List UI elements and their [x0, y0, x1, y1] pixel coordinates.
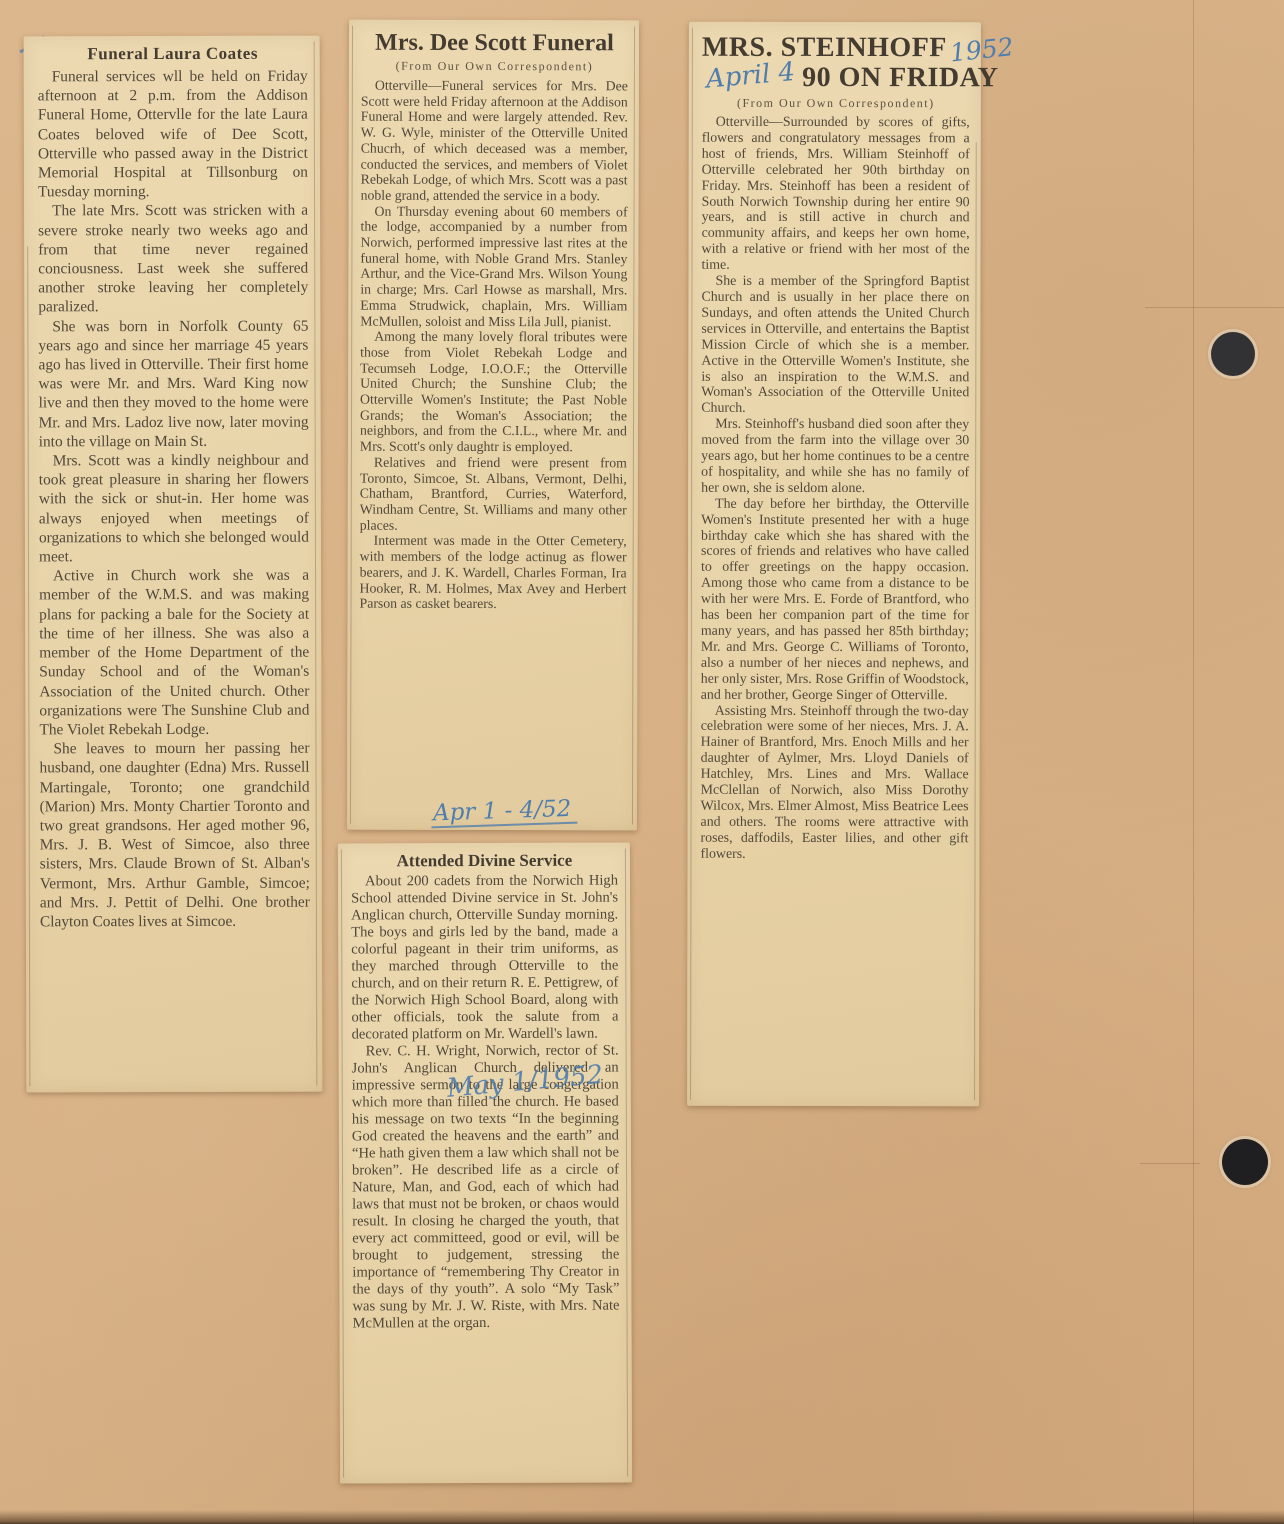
- handwritten-date-note: April 4: [705, 57, 797, 95]
- article-title: Mrs. Dee Scott Funeral: [361, 30, 628, 58]
- article-paragraph: Interment was made in the Otter Cemetery…: [360, 533, 627, 612]
- column-rule: [632, 26, 635, 824]
- scrapbook-page: Funeral Laura Coates Funeral services wl…: [0, 0, 1284, 1524]
- article-paragraph: Mrs. Steinhoff's husband died soon after…: [701, 417, 969, 497]
- article-paragraph: She is a member of the Springford Baptis…: [701, 274, 969, 418]
- paper-crease-horizontal-top: [1145, 307, 1284, 308]
- article-body: Otterville—Surrounded by scores of gifts…: [700, 115, 969, 863]
- article-title: Funeral Laura Coates: [38, 44, 308, 65]
- article-paragraph: About 200 cadets from the Norwich High S…: [351, 873, 619, 1044]
- article-paragraph: Otterville—Funeral services for Mrs. Dee…: [361, 78, 628, 204]
- article-paragraph: Active in Church work she was a member o…: [39, 566, 309, 740]
- punch-hole-bottom: [1222, 1139, 1268, 1185]
- article-paragraph: She leaves to mourn her passing her husb…: [39, 739, 310, 932]
- punch-hole-top: [1211, 332, 1255, 376]
- handwritten-date-note: Apr 1 - 4/52: [431, 796, 578, 829]
- clipping-funeral-laura-coates: Funeral Laura Coates Funeral services wl…: [24, 36, 323, 1093]
- column-rule: [625, 849, 628, 1477]
- article-body: About 200 cadets from the Norwich High S…: [351, 873, 620, 1333]
- article-paragraph: Relatives and friend were present from T…: [360, 455, 627, 534]
- handwritten-year-note: 1952: [949, 32, 1015, 67]
- article-body: Funeral services wll be held on Friday a…: [38, 67, 310, 932]
- page-bottom-edge: [0, 1510, 1284, 1524]
- clipping-dee-scott-funeral: Mrs. Dee Scott Funeral (From Our Own Cor…: [347, 20, 639, 831]
- article-paragraph: Otterville—Surrounded by scores of gifts…: [702, 115, 970, 275]
- headline-row-1: MRS. STEINHOFF 1952: [702, 32, 970, 64]
- article-paragraph: Mrs. Scott was a kindly neighbour and to…: [39, 451, 309, 567]
- paper-crease-vertical: [1193, 0, 1194, 1524]
- article-paragraph: On Thursday evening about 60 members of …: [360, 203, 627, 329]
- article-paragraph: The late Mrs. Scott was stricken with a …: [38, 201, 308, 317]
- article-paragraph: She was born in Norfolk County 65 years …: [38, 316, 308, 451]
- article-title-line1: MRS. STEINHOFF: [702, 32, 947, 64]
- article-title-line2: 90 ON FRIDAY: [802, 62, 998, 94]
- article-byline: (From Our Own Correspondent): [702, 96, 970, 111]
- article-paragraph: The day before her birthday, the Ottervi…: [701, 497, 969, 704]
- article-paragraph: Assisting Mrs. Steinhoff through the two…: [700, 703, 968, 863]
- clipping-attended-divine-service: Attended Divine Service About 200 cadets…: [338, 842, 632, 1483]
- column-rule: [341, 849, 344, 1477]
- article-paragraph: Funeral services wll be held on Friday a…: [38, 67, 308, 202]
- column-rule: [27, 246, 30, 1086]
- column-rule: [690, 28, 693, 1100]
- clipping-steinhoff-90: MRS. STEINHOFF 1952 April 4 90 ON FRIDAY…: [687, 22, 981, 1107]
- article-paragraph: Among the many lovely floral tributes we…: [360, 329, 627, 455]
- column-rule: [314, 42, 318, 1086]
- article-byline: (From Our Own Correspondent): [361, 59, 628, 75]
- paper-crease-horizontal-bottom: [1140, 1163, 1200, 1164]
- column-rule: [350, 26, 353, 824]
- headline-row-2: April 4 90 ON FRIDAY: [706, 62, 970, 94]
- column-rule: [974, 142, 977, 1100]
- article-body: Otterville—Funeral services for Mrs. Dee…: [360, 78, 628, 613]
- article-title: Attended Divine Service: [351, 851, 618, 872]
